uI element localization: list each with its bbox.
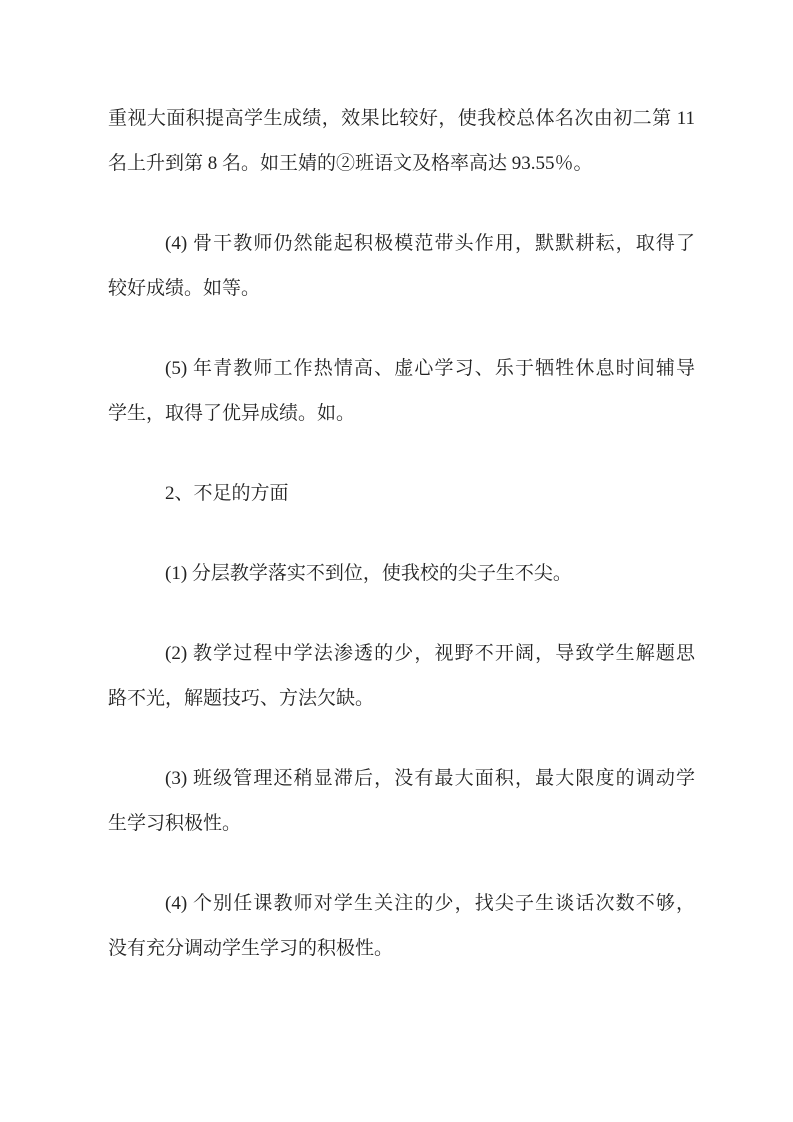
text-line: 较好成绩。如等。: [108, 266, 695, 311]
text-line: (4) 个别任课教师对学生关注的少，找尖子生谈话次数不够，: [108, 881, 695, 926]
text-line: 2、不足的方面: [108, 471, 695, 516]
text-line: 学生，取得了优异成绩。如。: [108, 391, 695, 436]
text-line: (2) 教学过程中学法渗透的少，视野不开阔，导致学生解题思: [108, 631, 695, 676]
paragraph: (3) 班级管理还稍显滞后，没有最大面积，最大限度的调动学 生学习积极性。: [108, 756, 695, 846]
text-line: (5) 年青教师工作热情高、虚心学习、乐于牺牲休息时间辅导: [108, 346, 695, 391]
paragraph: 重视大面积提高学生成绩，效果比较好，使我校总体名次由初二第 11 名上升到第 8…: [108, 96, 695, 186]
text-line: 重视大面积提高学生成绩，效果比较好，使我校总体名次由初二第 11: [108, 96, 695, 141]
paragraph: (2) 教学过程中学法渗透的少，视野不开阔，导致学生解题思 路不光，解题技巧、方…: [108, 631, 695, 721]
paragraph: (4) 个别任课教师对学生关注的少，找尖子生谈话次数不够， 没有充分调动学生学习…: [108, 881, 695, 971]
document-page: 重视大面积提高学生成绩，效果比较好，使我校总体名次由初二第 11 名上升到第 8…: [0, 0, 793, 1122]
document-content: 重视大面积提高学生成绩，效果比较好，使我校总体名次由初二第 11 名上升到第 8…: [108, 96, 695, 971]
text-line: 没有充分调动学生学习的积极性。: [108, 926, 695, 971]
section-heading: 2、不足的方面: [108, 471, 695, 516]
text-line: 名上升到第 8 名。如王婧的②班语文及格率高达 93.55％。: [108, 141, 695, 186]
text-line: 生学习积极性。: [108, 801, 695, 846]
paragraph: (1) 分层教学落实不到位，使我校的尖子生不尖。: [108, 551, 695, 596]
paragraph: (5) 年青教师工作热情高、虚心学习、乐于牺牲休息时间辅导 学生，取得了优异成绩…: [108, 346, 695, 436]
text-line: (4) 骨干教师仍然能起积极模范带头作用，默默耕耘，取得了: [108, 221, 695, 266]
text-line: (3) 班级管理还稍显滞后，没有最大面积，最大限度的调动学: [108, 756, 695, 801]
text-line: 路不光，解题技巧、方法欠缺。: [108, 676, 695, 721]
paragraph: (4) 骨干教师仍然能起积极模范带头作用，默默耕耘，取得了 较好成绩。如等。: [108, 221, 695, 311]
text-line: (1) 分层教学落实不到位，使我校的尖子生不尖。: [108, 551, 695, 596]
